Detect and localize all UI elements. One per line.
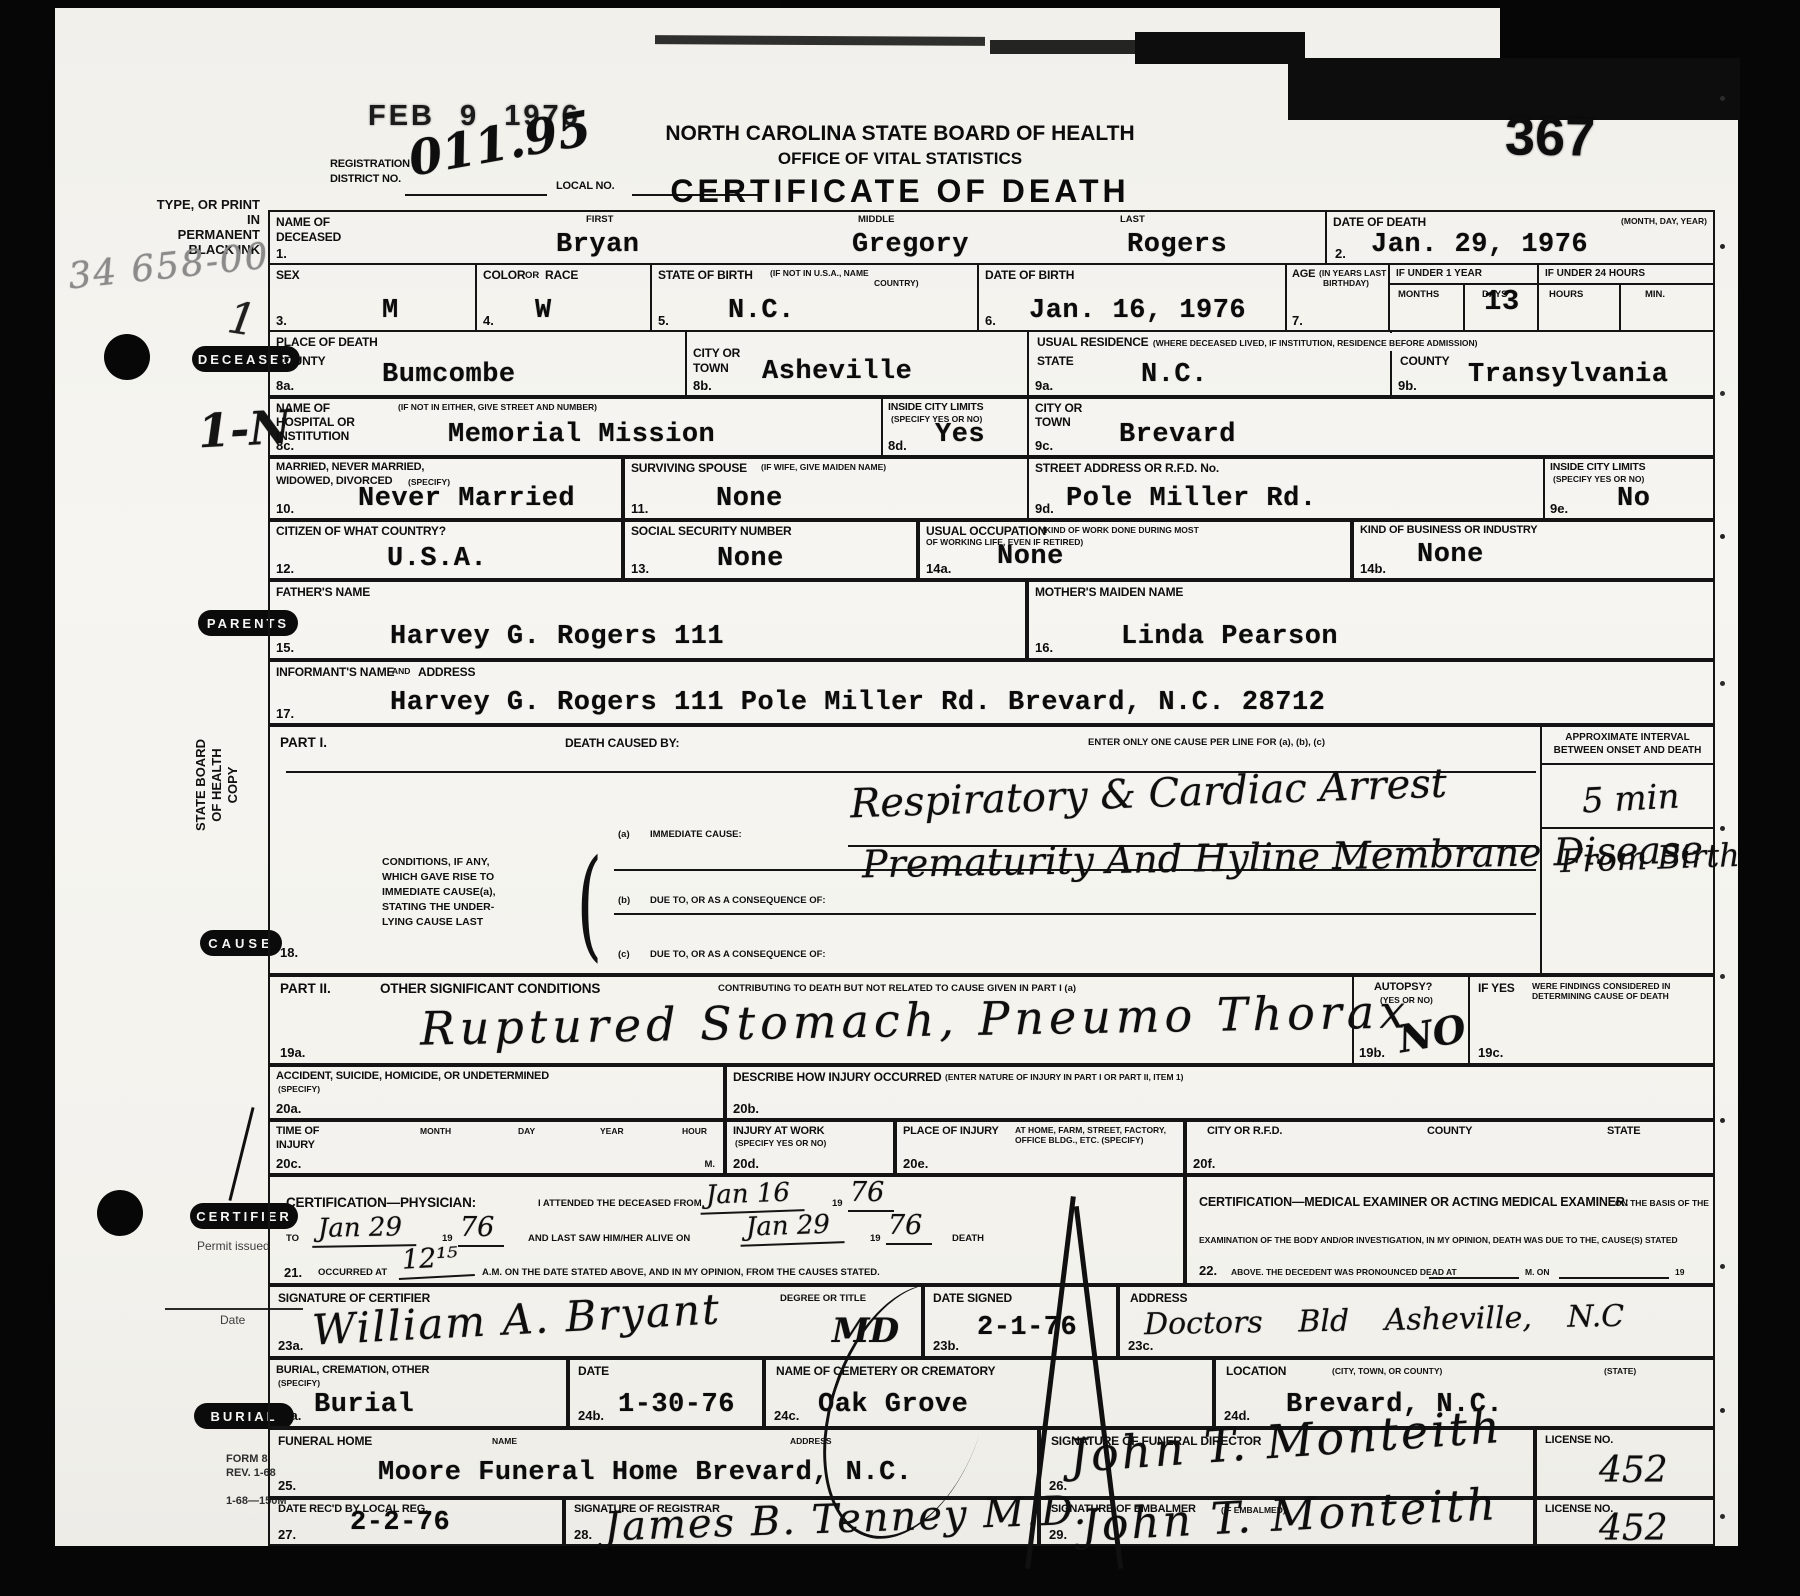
burial-type-sublabel: (SPECIFY) [278, 1378, 320, 1388]
date-of-death-value: Jan. 29, 1976 [1371, 230, 1588, 260]
copy-line3: COPY [225, 767, 240, 804]
ssn-value: None [717, 544, 784, 574]
due-to-c-label: DUE TO, OR AS A CONSEQUENCE OF: [650, 949, 826, 960]
state-of-birth-label: STATE OF BIRTH [658, 268, 753, 282]
field-street-address: STREET ADDRESS OR R.F.D. No. 9d. Pole Mi… [1027, 457, 1545, 520]
residence-city-value: Brevard [1119, 420, 1236, 450]
last-saw-date-handwritten: Jan 29 [739, 1209, 844, 1247]
field-inside-city-limits-death: INSIDE CITY LIMITS (SPECIFY YES OR NO) 8… [881, 397, 1029, 457]
other-conditions-label: OTHER SIGNIFICANT CONDITIONS [380, 981, 600, 996]
residence-city-number: 9c. [1035, 438, 1053, 453]
copy-designation: STATE BOARD OF HEALTH COPY [193, 725, 251, 845]
state-of-birth-sub1: (IF NOT IN U.S.A., NAME [770, 268, 869, 278]
injury-describe-sublabel: (ENTER NATURE OF INJURY IN PART I OR PAR… [945, 1072, 1183, 1082]
attended-to-date-handwritten: Jan 29 [312, 1212, 417, 1248]
name-first-value: Bryan [556, 230, 640, 260]
cemetery-number: 24c. [774, 1408, 799, 1423]
conditions-line1: CONDITIONS, IF ANY, [382, 856, 490, 868]
injury-month-header: MONTH [420, 1126, 451, 1136]
name-header-last: LAST [1120, 214, 1145, 225]
occupation-label: USUAL OCCUPATION [926, 524, 1046, 538]
spouse-sublabel: (IF WIFE, GIVE MAIDEN NAME) [761, 462, 886, 472]
age-label: AGE [1292, 268, 1315, 280]
findings-number: 19c. [1478, 1045, 1503, 1060]
field-burial-date: DATE 24b. 1-30-76 [568, 1358, 764, 1428]
injury-day-header: DAY [518, 1126, 535, 1136]
punch-hole-top [104, 334, 150, 380]
place-of-injury-sub2: OFFICE BLDG., ETC. (SPECIFY) [1015, 1135, 1143, 1145]
injury-at-work-sublabel: (SPECIFY YES OR NO) [735, 1138, 826, 1148]
field-place-of-death-county: PLACE OF DEATH COUNTY 8a. Bumcombe [268, 330, 687, 397]
name-header-first: FIRST [586, 214, 613, 225]
industry-value: None [1417, 540, 1484, 570]
me-title: CERTIFICATION—MEDICAL EXAMINER OR ACTING… [1199, 1195, 1629, 1209]
usual-residence-header: USUAL RESIDENCE (WHERE DECEASED LIVED, I… [1034, 333, 1481, 351]
section-certification-medical-examiner: CERTIFICATION—MEDICAL EXAMINER OR ACTING… [1185, 1175, 1715, 1285]
field-mother-name: MOTHER'S MAIDEN NAME 16. Linda Pearson [1027, 580, 1715, 660]
me-date-blank [1559, 1277, 1669, 1279]
under-1-year-label: IF UNDER 1 YEAR [1396, 268, 1482, 279]
permit-issued-label: Permit issued [197, 1239, 270, 1253]
address-label: ADDRESS [1130, 1291, 1187, 1305]
name-label-2: DECEASED [276, 230, 341, 244]
field-certifier-address: ADDRESS 23c. Doctors Bld Asheville, N.C [1118, 1285, 1715, 1358]
field-name-of-deceased: NAME OF DECEASED FIRST MIDDLE LAST 1. Br… [268, 210, 1327, 265]
license-director-value-handwritten: 452 [1599, 1450, 1668, 1491]
date-signed-value: 2-1-76 [977, 1313, 1077, 1343]
me-basis-text: ON THE BASIS OF THE [1615, 1198, 1709, 1208]
name-number: 1. [276, 246, 287, 261]
residence-county-label: COUNTY [1400, 354, 1449, 368]
months-days-divider [1463, 283, 1465, 332]
hospital-number: 8c. [276, 438, 294, 453]
field-embalmer-signature: SIGNATURE OF EMBALMER (IF EMBALMED) 29. … [1039, 1498, 1535, 1546]
scan-edge-bottom [0, 1546, 1800, 1596]
state-of-birth-number: 5. [658, 313, 669, 328]
days-value: 13 [1484, 285, 1520, 318]
autopsy-label: AUTOPSY? [1374, 981, 1432, 993]
copy-line1: STATE BOARD [193, 739, 208, 831]
copy-line2: OF HEALTH [209, 748, 224, 821]
marital-value: Never Married [358, 484, 575, 514]
field-if-under-1-year: IF UNDER 1 YEAR MONTHS DAYS 13 [1388, 263, 1539, 332]
field-residence-city: CITY OR TOWN 9c. Brevard [1027, 397, 1715, 457]
street-number: 9d. [1035, 501, 1054, 516]
registration-underline [405, 194, 547, 196]
under-24-hours-label: IF UNDER 24 HOURS [1545, 268, 1645, 279]
residence-state-value: N.C. [1141, 360, 1208, 390]
place-of-injury-sub1: AT HOME, FARM, STREET, FACTORY, [1015, 1125, 1166, 1135]
interval-header: APPROXIMATE INTERVAL BETWEEN ONSET AND D… [1542, 731, 1713, 757]
name-header-middle: MIDDLE [858, 214, 894, 225]
certificate-number-stamp: 367 [1504, 105, 1595, 169]
injury-year-header: YEAR [600, 1126, 624, 1136]
field-signature-of-certifier: SIGNATURE OF CERTIFIER 23a. William A. B… [268, 1285, 923, 1358]
name-label-1: NAME OF [276, 215, 330, 229]
race-value: W [535, 296, 552, 326]
field-industry: KIND OF BUSINESS OR INDUSTRY 14b. None [1352, 520, 1715, 580]
mother-label: MOTHER'S MAIDEN NAME [1035, 585, 1183, 599]
cause-a-prefix: (a) [618, 829, 630, 840]
punch-hole-bottom [97, 1190, 143, 1236]
inside-city-death-number: 8d. [888, 438, 907, 453]
scan-edge-left [0, 0, 55, 1596]
attended-from-year-handwritten: 76 [848, 1177, 894, 1212]
autopsy-number: 19b. [1359, 1045, 1385, 1060]
hospital-sublabel: (IF NOT IN EITHER, GIVE STREET AND NUMBE… [398, 402, 597, 412]
time-of-injury-label-1: TIME OF [276, 1125, 319, 1137]
findings-sub1: WERE FINDINGS CONSIDERED IN [1532, 981, 1670, 991]
burial-location-sub1: (CITY, TOWN, OR COUNTY) [1332, 1366, 1442, 1376]
field-describe-how-injury-occurred: DESCRIBE HOW INJURY OCCURRED (ENTER NATU… [725, 1065, 1715, 1120]
field-ssn: SOCIAL SECURITY NUMBER 13. None [623, 520, 918, 580]
hours-header: HOURS [1549, 289, 1583, 300]
death-city-value: Asheville [762, 357, 912, 387]
sex-label: SEX [276, 268, 299, 282]
field-other-significant-conditions: PART II. OTHER SIGNIFICANT CONDITIONS CO… [268, 975, 1354, 1065]
field-injury-location: CITY OR R.F.D. COUNTY STATE 20f. [1185, 1120, 1715, 1175]
local-no-label: LOCAL NO. [556, 180, 615, 192]
scan-edge-right [1738, 0, 1800, 1596]
sex-value: M [382, 296, 399, 326]
attended-to-text: TO [286, 1233, 299, 1244]
burial-type-number: 24a. [276, 1408, 301, 1423]
interval-header-2: BETWEEN ONSET AND DEATH [1554, 745, 1702, 756]
field-sex: SEX 3. M [268, 263, 477, 332]
race-number: 4. [483, 313, 494, 328]
scan-smudge [1135, 32, 1305, 64]
print-note-line1: TYPE, OR PRINT IN [157, 197, 260, 227]
autopsy-value-handwritten: NO [1395, 1005, 1470, 1061]
field-inside-city-limits-residence: INSIDE CITY LIMITS (SPECIFY YES OR NO) 9… [1543, 457, 1715, 520]
accident-label: ACCIDENT, SUICIDE, HOMICIDE, OR UNDETERM… [276, 1070, 549, 1082]
section-interval-column: APPROXIMATE INTERVAL BETWEEN ONSET AND D… [1540, 725, 1715, 975]
interval-header-1: APPROXIMATE INTERVAL [1565, 732, 1689, 743]
months-header: MONTHS [1398, 289, 1439, 300]
certifier-signature-number: 23a. [278, 1338, 303, 1353]
date-of-birth-value: Jan. 16, 1976 [1029, 296, 1246, 326]
burial-date-value: 1-30-76 [618, 1390, 735, 1420]
race-label-2: RACE [545, 268, 578, 282]
field-injury-at-work: INJURY AT WORK (SPECIFY YES OR NO) 20d. [725, 1120, 895, 1175]
father-value: Harvey G. Rogers 111 [390, 622, 724, 652]
burial-location-sub2: (STATE) [1604, 1366, 1636, 1376]
residence-county-value: Transylvania [1468, 360, 1668, 390]
conditions-line4: STATING THE UNDER- [382, 901, 494, 913]
field-marital-status: MARRIED, NEVER MARRIED, WIDOWED, DIVORCE… [268, 457, 623, 520]
scan-smudge [655, 35, 985, 46]
attended-from-text: I ATTENDED THE DECEASED FROM [538, 1198, 702, 1209]
field-date-of-death: DATE OF DEATH (MONTH, DAY, YEAR) 2. Jan.… [1325, 210, 1715, 265]
field-autopsy: AUTOPSY? (YES OR NO) 19b. NO [1352, 975, 1470, 1065]
residence-state-label: STATE [1037, 354, 1074, 368]
field-surviving-spouse: SURVIVING SPOUSE (IF WIFE, GIVE MAIDEN N… [623, 457, 1029, 520]
field-date-of-birth: DATE OF BIRTH 6. Jan. 16, 1976 [977, 263, 1287, 332]
date-of-death-sublabel: (MONTH, DAY, YEAR) [1621, 216, 1707, 226]
informant-number: 17. [276, 706, 294, 721]
field-age: AGE (IN YEARS LAST BIRTHDAY) 7. [1285, 263, 1390, 332]
accident-sublabel: (SPECIFY) [278, 1084, 320, 1094]
date-of-death-number: 2. [1335, 246, 1346, 261]
field-place-of-injury: PLACE OF INJURY AT HOME, FARM, STREET, F… [895, 1120, 1185, 1175]
field-license-no-embalmer: LICENSE NO. 452 [1535, 1498, 1715, 1546]
conditions-line3: IMMEDIATE CAUSE(a), [382, 886, 496, 898]
me-pronounced-text: ABOVE. THE DECEDENT WAS PRONOUNCED DEAD … [1231, 1267, 1457, 1277]
date-of-birth-label: DATE OF BIRTH [985, 268, 1074, 282]
injury-county-header: COUNTY [1427, 1125, 1472, 1137]
injury-at-work-number: 20d. [733, 1156, 759, 1171]
burial-date-number: 24b. [578, 1408, 604, 1423]
license-embalmer-value-handwritten: 452 [1599, 1508, 1668, 1549]
place-of-injury-number: 20e. [903, 1156, 928, 1171]
certification-item-21: 21. [284, 1265, 302, 1280]
funeral-home-number: 25. [278, 1478, 296, 1493]
hospital-label-2: HOSPITAL OR [276, 415, 355, 429]
field-license-no-director: LICENSE NO. 452 [1535, 1428, 1715, 1498]
injury-hour-header: HOUR [682, 1126, 707, 1136]
findings-if-yes-label: IF YES [1478, 981, 1515, 995]
burial-location-label: LOCATION [1226, 1364, 1286, 1378]
occupation-value: None [997, 542, 1064, 572]
marital-label-1: MARRIED, NEVER MARRIED, [276, 461, 424, 473]
death-word: DEATH [952, 1233, 984, 1244]
office-name: OFFICE OF VITAL STATISTICS [630, 149, 1170, 169]
last-saw-alive-text: AND LAST SAW HIM/HER ALIVE ON [528, 1233, 690, 1244]
hospital-label-1: NAME OF [276, 401, 330, 415]
death-caused-by-label: DEATH CAUSED BY: [565, 736, 679, 750]
field-findings-considered: IF YES WERE FINDINGS CONSIDERED IN DETER… [1468, 975, 1715, 1065]
part1-label: PART I. [280, 735, 327, 750]
place-of-death-label: PLACE OF DEATH [276, 335, 378, 349]
min-header: MIN. [1645, 289, 1665, 300]
race-label-1: COLOR [483, 268, 525, 282]
license-director-label: LICENSE NO. [1545, 1434, 1613, 1446]
certification-physician-title: CERTIFICATION—PHYSICIAN: [286, 1195, 476, 1210]
death-county-number: 8a. [276, 378, 294, 393]
scan-edge-top [0, 0, 780, 8]
me-time-blank [1429, 1277, 1519, 1279]
street-value: Pole Miller Rd. [1066, 484, 1317, 514]
residence-city-label-2: TOWN [1035, 415, 1071, 429]
hospital-value: Memorial Mission [448, 420, 715, 450]
field-citizen: CITIZEN OF WHAT COUNTRY? 12. U.S.A. [268, 520, 623, 580]
residence-state-number: 9a. [1035, 378, 1053, 393]
father-number: 15. [276, 640, 294, 655]
burial-type-label: BURIAL, CREMATION, OTHER [276, 1364, 429, 1376]
mother-number: 16. [1035, 640, 1053, 655]
form-number: FORM 8 [226, 1453, 268, 1465]
me-examination-text: EXAMINATION OF THE BODY AND/OR INVESTIGA… [1199, 1235, 1678, 1245]
registrar-number: 28. [574, 1527, 592, 1542]
inside-city-residence-number: 9e. [1550, 501, 1568, 516]
cause-item-number-18: 18. [280, 945, 298, 960]
occupation-sub1: (KIND OF WORK DONE DURING MOST [1042, 525, 1199, 535]
injury-at-work-label: INJURY AT WORK [733, 1125, 824, 1137]
field-registrar-signature: SIGNATURE OF REGISTRAR 28. James B. Tenn… [564, 1498, 1039, 1546]
name-middle-value: Gregory [852, 230, 969, 260]
field-color-or-race: COLOR OR RACE 4. W [475, 263, 652, 332]
permit-date-label: Date [220, 1313, 245, 1327]
cause-c-prefix: (c) [618, 949, 630, 960]
sex-number: 3. [276, 313, 287, 328]
year-prefix-3: 19 [870, 1233, 881, 1244]
findings-sub2: DETERMINING CAUSE OF DEATH [1532, 991, 1669, 1001]
document-title: CERTIFICATE OF DEATH [630, 173, 1170, 210]
punch-dots-column [1720, 96, 1725, 101]
occupation-number: 14a. [926, 561, 951, 576]
degree-or-title-label: DEGREE OR TITLE [780, 1293, 866, 1304]
street-label: STREET ADDRESS OR R.F.D. No. [1035, 461, 1219, 475]
me-year-prefix: 19 [1675, 1267, 1684, 1277]
attended-from-date-handwritten: Jan 16 [699, 1177, 804, 1215]
spouse-label: SURVIVING SPOUSE [631, 461, 747, 475]
burial-date-label: DATE [578, 1364, 609, 1378]
death-certificate-scan: { "colors": {"ink": "#0c0c0c", "paper": … [0, 0, 1800, 1596]
state-of-birth-sub2: COUNTRY) [874, 278, 919, 288]
field-state-of-birth: STATE OF BIRTH (IF NOT IN U.S.A., NAME C… [650, 263, 979, 332]
field-hospital: NAME OF (IF NOT IN EITHER, GIVE STREET A… [268, 397, 883, 457]
name-last-value: Rogers [1127, 230, 1227, 260]
date-received-value: 2-2-76 [350, 1508, 450, 1538]
me-item-22: 22. [1199, 1263, 1217, 1278]
death-city-label-2: TOWN [693, 361, 729, 375]
place-of-injury-label: PLACE OF INJURY [903, 1125, 999, 1137]
citizen-value: U.S.A. [387, 544, 487, 574]
ssn-label: SOCIAL SECURITY NUMBER [631, 524, 792, 538]
date-of-death-label: DATE OF DEATH [1333, 215, 1426, 229]
registration-district-label-2: DISTRICT NO. [330, 173, 401, 185]
form-header: NORTH CAROLINA STATE BOARD OF HEALTH OFF… [630, 122, 1170, 210]
informant-label-and: AND [392, 666, 410, 676]
marital-number: 10. [276, 501, 294, 516]
burial-type-value: Burial [314, 1390, 414, 1420]
injury-state-header: STATE [1607, 1125, 1640, 1137]
usual-residence-label: USUAL RESIDENCE [1037, 335, 1148, 349]
death-city-label-1: CITY OR [693, 346, 740, 360]
inside-city-residence-sublabel: (SPECIFY YES OR NO) [1553, 474, 1644, 484]
board-name: NORTH CAROLINA STATE BOARD OF HEALTH [630, 122, 1170, 146]
conditions-line2: WHICH GAVE RISE TO [382, 871, 494, 883]
informant-label-2: ADDRESS [418, 665, 475, 679]
field-place-of-death-city: CITY OR TOWN 8b. Asheville [685, 330, 1029, 397]
conditions-line5: LYING CAUSE LAST [382, 916, 483, 928]
interval-a-value-handwritten: 5 min [1581, 776, 1680, 821]
conditions-note: CONDITIONS, IF ANY, WHICH GAVE RISE TO I… [382, 855, 496, 930]
ssn-number: 13. [631, 561, 649, 576]
injury-describe-number: 20b. [733, 1101, 759, 1116]
mother-value: Linda Pearson [1121, 622, 1338, 652]
race-label-or: OR [525, 270, 539, 281]
field-informant: INFORMANT'S NAME AND ADDRESS 17. Harvey … [268, 660, 1715, 725]
section-cause-of-death: PART I. DEATH CAUSED BY: ENTER ONLY ONE … [268, 725, 1542, 975]
address-value-handwritten: Doctors Bld Asheville, N.C [1144, 1299, 1625, 1342]
accident-number: 20a. [276, 1101, 301, 1116]
immediate-cause-label: IMMEDIATE CAUSE: [650, 829, 742, 840]
cause-b-prefix: (b) [618, 895, 630, 906]
injury-describe-label: DESCRIBE HOW INJURY OCCURRED [733, 1070, 941, 1084]
inside-city-residence-value: No [1617, 484, 1650, 514]
field-time-of-injury: TIME OF INJURY MONTH DAY YEAR HOUR 20c. … [268, 1120, 725, 1175]
death-city-number: 8b. [693, 378, 712, 393]
inside-city-death-label: INSIDE CITY LIMITS [888, 401, 983, 413]
field-father-name: FATHER'S NAME 15. Harvey G. Rogers 111 [268, 580, 1027, 660]
field-if-under-24-hours: IF UNDER 24 HOURS HOURS MIN. [1537, 263, 1715, 332]
date-of-birth-number: 6. [985, 313, 996, 328]
interval-divider [1542, 827, 1713, 829]
injury-location-number: 20f. [1193, 1156, 1215, 1171]
funeral-home-label: FUNERAL HOME [278, 1434, 372, 1448]
section-certification-physician: CERTIFICATION—PHYSICIAN: I ATTENDED THE … [268, 1175, 1185, 1285]
cause-b-underline [614, 913, 1536, 915]
death-county-label: COUNTY [276, 354, 325, 368]
informant-label-1: INFORMANT'S NAME [276, 665, 394, 679]
interval-b-value-handwritten: From Birth [1559, 836, 1740, 880]
under-24-divider [1539, 283, 1713, 285]
usual-residence-sublabel: (WHERE DECEASED LIVED, IF INSTITUTION, R… [1153, 338, 1478, 348]
enter-one-cause-note: ENTER ONLY ONE CAUSE PER LINE FOR (a), (… [1088, 737, 1325, 748]
hours-min-divider [1619, 283, 1621, 332]
residence-county-number: 9b. [1398, 378, 1417, 393]
year-prefix-1: 19 [832, 1198, 843, 1209]
inside-city-death-value: Yes [935, 420, 985, 450]
industry-label: KIND OF BUSINESS OR INDUSTRY [1360, 524, 1537, 536]
spouse-value: None [716, 484, 783, 514]
inside-city-residence-label: INSIDE CITY LIMITS [1550, 461, 1645, 473]
state-of-birth-value: N.C. [728, 296, 795, 326]
conditions-brace: ( [577, 835, 603, 974]
field-date-received: DATE REC'D BY LOCAL REG. 27. 2-2-76 [268, 1498, 564, 1546]
part2-label: PART II. [280, 981, 331, 996]
autopsy-sublabel: (YES OR NO) [1380, 995, 1433, 1005]
field-burial-cremation: BURIAL, CREMATION, OTHER (SPECIFY) 24a. … [268, 1358, 568, 1428]
time-of-death-handwritten: 12¹⁵ [397, 1241, 475, 1280]
due-to-b-label: DUE TO, OR AS A CONSEQUENCE OF: [650, 895, 826, 906]
informant-value: Harvey G. Rogers 111 Pole Miller Rd. Bre… [390, 688, 1325, 718]
me-m-on-text: M. ON [1525, 1267, 1550, 1277]
last-saw-year-handwritten: 76 [886, 1210, 932, 1245]
interval-header-rule [1542, 763, 1713, 765]
funeral-home-name-header: NAME [492, 1436, 517, 1446]
occurred-statement-text: A.M. ON THE DATE STATED ABOVE, AND IN MY… [482, 1267, 880, 1278]
age-sub2: BIRTHDAY) [1323, 278, 1369, 288]
citizen-label: CITIZEN OF WHAT COUNTRY? [276, 524, 446, 538]
residence-city-label-1: CITY OR [1035, 401, 1082, 415]
citizen-number: 12. [276, 561, 294, 576]
registration-district-label-1: REGISTRATION [330, 158, 410, 170]
other-conditions-number: 19a. [280, 1045, 305, 1060]
injury-city-header: CITY OR R.F.D. [1207, 1125, 1282, 1137]
time-of-injury-number: 20c. [276, 1156, 301, 1171]
father-label: FATHER'S NAME [276, 585, 370, 599]
time-of-injury-label-2: INJURY [276, 1139, 315, 1151]
date-received-number: 27. [278, 1527, 296, 1542]
field-accident-suicide-homicide: ACCIDENT, SUICIDE, HOMICIDE, OR UNDETERM… [268, 1065, 725, 1120]
occurred-at-text: OCCURRED AT [318, 1267, 387, 1278]
industry-number: 14b. [1360, 561, 1386, 576]
age-sub1: (IN YEARS LAST [1319, 268, 1386, 278]
field-occupation: USUAL OCCUPATION (KIND OF WORK DONE DURI… [918, 520, 1352, 580]
death-county-value: Bumcombe [382, 360, 516, 390]
scan-corner-top-right [1500, 0, 1800, 62]
age-number: 7. [1292, 313, 1303, 328]
injury-meridiem-label: M. [704, 1159, 715, 1170]
spouse-number: 11. [631, 501, 648, 516]
